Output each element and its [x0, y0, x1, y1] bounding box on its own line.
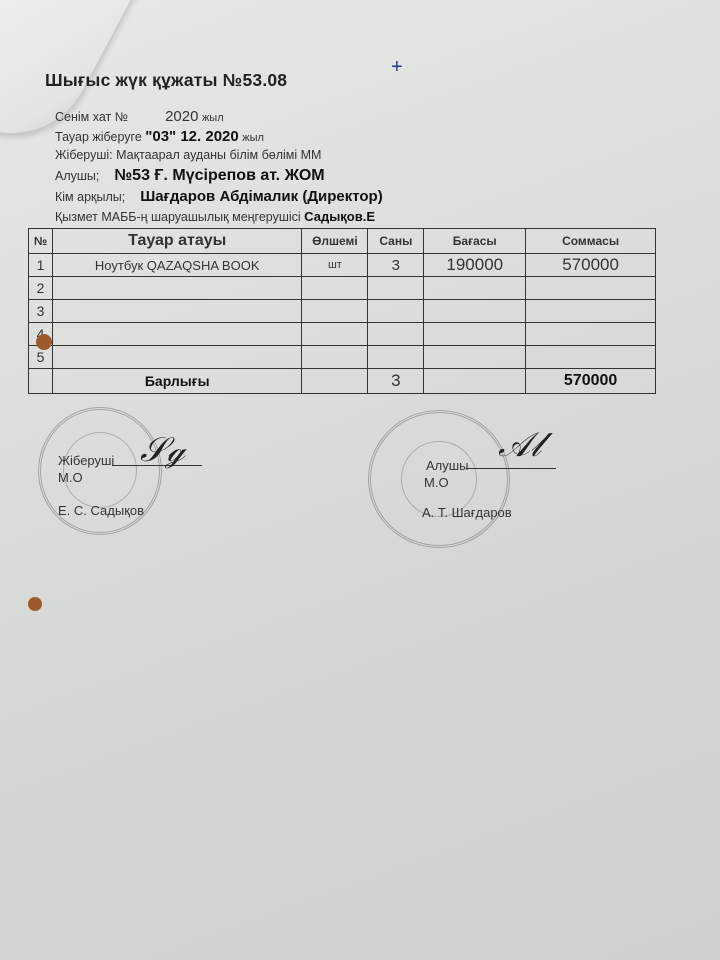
- cell-name: Ноутбук QAZAQSHA BOOK: [52, 254, 301, 277]
- cell-no: 1: [29, 254, 53, 277]
- service-line: Қызмет МАББ-ң шаруашылық меңгерушісі Сад…: [55, 209, 375, 224]
- cell-price: [424, 277, 526, 300]
- via-line: Кім арқылы; Шағдаров Абдімалик (Директор…: [55, 188, 383, 205]
- header-name: Тауар атауы: [52, 229, 301, 254]
- receiver-value: №53 Ғ. Мүсірепов ат. ЖОМ: [114, 167, 324, 184]
- punch-hole: [36, 334, 52, 350]
- year-word-2: жыл: [242, 132, 264, 144]
- table-header-row: № Тауар атауы Өлшемі Саны Бағасы Соммасы: [29, 229, 656, 254]
- receiver-name: А. Т. Шағдаров: [422, 505, 512, 520]
- ship-date-line: Тауар жіберуге "03" 12. 2020 жыл: [55, 128, 264, 145]
- ship-date-value: "03" 12. 2020: [145, 128, 238, 145]
- service-label: Қызмет МАББ-ң шаруашылық меңгерушісі: [55, 210, 301, 224]
- cell-qty: [368, 300, 424, 323]
- ship-date-label: Тауар жіберуге: [55, 130, 142, 144]
- cell-price: [424, 300, 526, 323]
- total-price-empty: [424, 369, 526, 394]
- receiver-signature: 𝒜𝓁: [498, 425, 541, 465]
- total-qty: 3: [368, 369, 424, 394]
- table-row: 1 Ноутбук QAZAQSHA BOOK шт 3 190000 5700…: [29, 254, 656, 277]
- sender-stamp-label: М.О: [58, 470, 83, 485]
- receiver-label: Алушы;: [55, 169, 99, 183]
- cell-sum: [526, 346, 656, 369]
- sender-value: Мақтаарал ауданы білім бөлімі ММ: [116, 148, 321, 162]
- receiver-sign-line: [466, 468, 556, 469]
- cell-qty: [368, 346, 424, 369]
- cell-qty: 3: [368, 254, 424, 277]
- power-of-attorney-line: Сенім хат № 2020 жыл: [55, 108, 224, 125]
- table-total-row: Барлығы 3 570000: [29, 369, 656, 394]
- table-row: 2: [29, 277, 656, 300]
- table-row: 4: [29, 323, 656, 346]
- cell-unit: [302, 300, 368, 323]
- receiver-role: Алушы: [426, 458, 469, 473]
- cell-sum: 570000: [526, 254, 656, 277]
- sender-role: Жіберуші: [58, 453, 114, 468]
- total-sum: 570000: [526, 369, 656, 394]
- cell-no: 3: [29, 300, 53, 323]
- header-sum: Соммасы: [526, 229, 656, 254]
- sender-signature: 𝒮ℊ: [140, 430, 185, 470]
- power-of-attorney-year: 2020: [165, 108, 198, 125]
- cell-name: [52, 300, 301, 323]
- via-value: Шағдаров Абдімалик (Директор): [140, 188, 383, 205]
- cell-unit: [302, 323, 368, 346]
- cell-price: [424, 346, 526, 369]
- total-empty: [29, 369, 53, 394]
- punch-hole: [28, 597, 42, 611]
- table-row: 3: [29, 300, 656, 323]
- cell-unit: [302, 277, 368, 300]
- cell-name: [52, 277, 301, 300]
- year-word: жыл: [202, 112, 224, 124]
- sender-line: Жіберуші: Мақтаарал ауданы білім бөлімі …: [55, 148, 321, 162]
- sender-name: Е. С. Садықов: [58, 503, 144, 518]
- cell-price: [424, 323, 526, 346]
- receiver-stamp-label: М.О: [424, 475, 449, 490]
- cell-price: 190000: [424, 254, 526, 277]
- cell-no: 2: [29, 277, 53, 300]
- cell-unit: [302, 346, 368, 369]
- document-title: Шығыс жүк құжаты №53.08: [45, 70, 287, 91]
- pen-mark: +: [391, 56, 403, 79]
- goods-table: № Тауар атауы Өлшемі Саны Бағасы Соммасы…: [28, 228, 656, 394]
- via-label: Кім арқылы;: [55, 190, 125, 204]
- service-value: Садықов.Е: [304, 209, 375, 224]
- cell-sum: [526, 323, 656, 346]
- cell-qty: [368, 323, 424, 346]
- header-price: Бағасы: [424, 229, 526, 254]
- cell-qty: [368, 277, 424, 300]
- cell-unit: шт: [302, 254, 368, 277]
- total-unit-empty: [302, 369, 368, 394]
- table-row: 5: [29, 346, 656, 369]
- cell-name: [52, 346, 301, 369]
- power-of-attorney-label: Сенім хат №: [55, 110, 128, 124]
- total-label: Барлығы: [52, 369, 301, 394]
- sender-label: Жіберуші:: [55, 148, 113, 162]
- cell-name: [52, 323, 301, 346]
- cell-sum: [526, 277, 656, 300]
- header-no: №: [29, 229, 53, 254]
- receiver-line: Алушы; №53 Ғ. Мүсірепов ат. ЖОМ: [55, 167, 325, 185]
- cell-sum: [526, 300, 656, 323]
- header-unit: Өлшемі: [302, 229, 368, 254]
- header-qty: Саны: [368, 229, 424, 254]
